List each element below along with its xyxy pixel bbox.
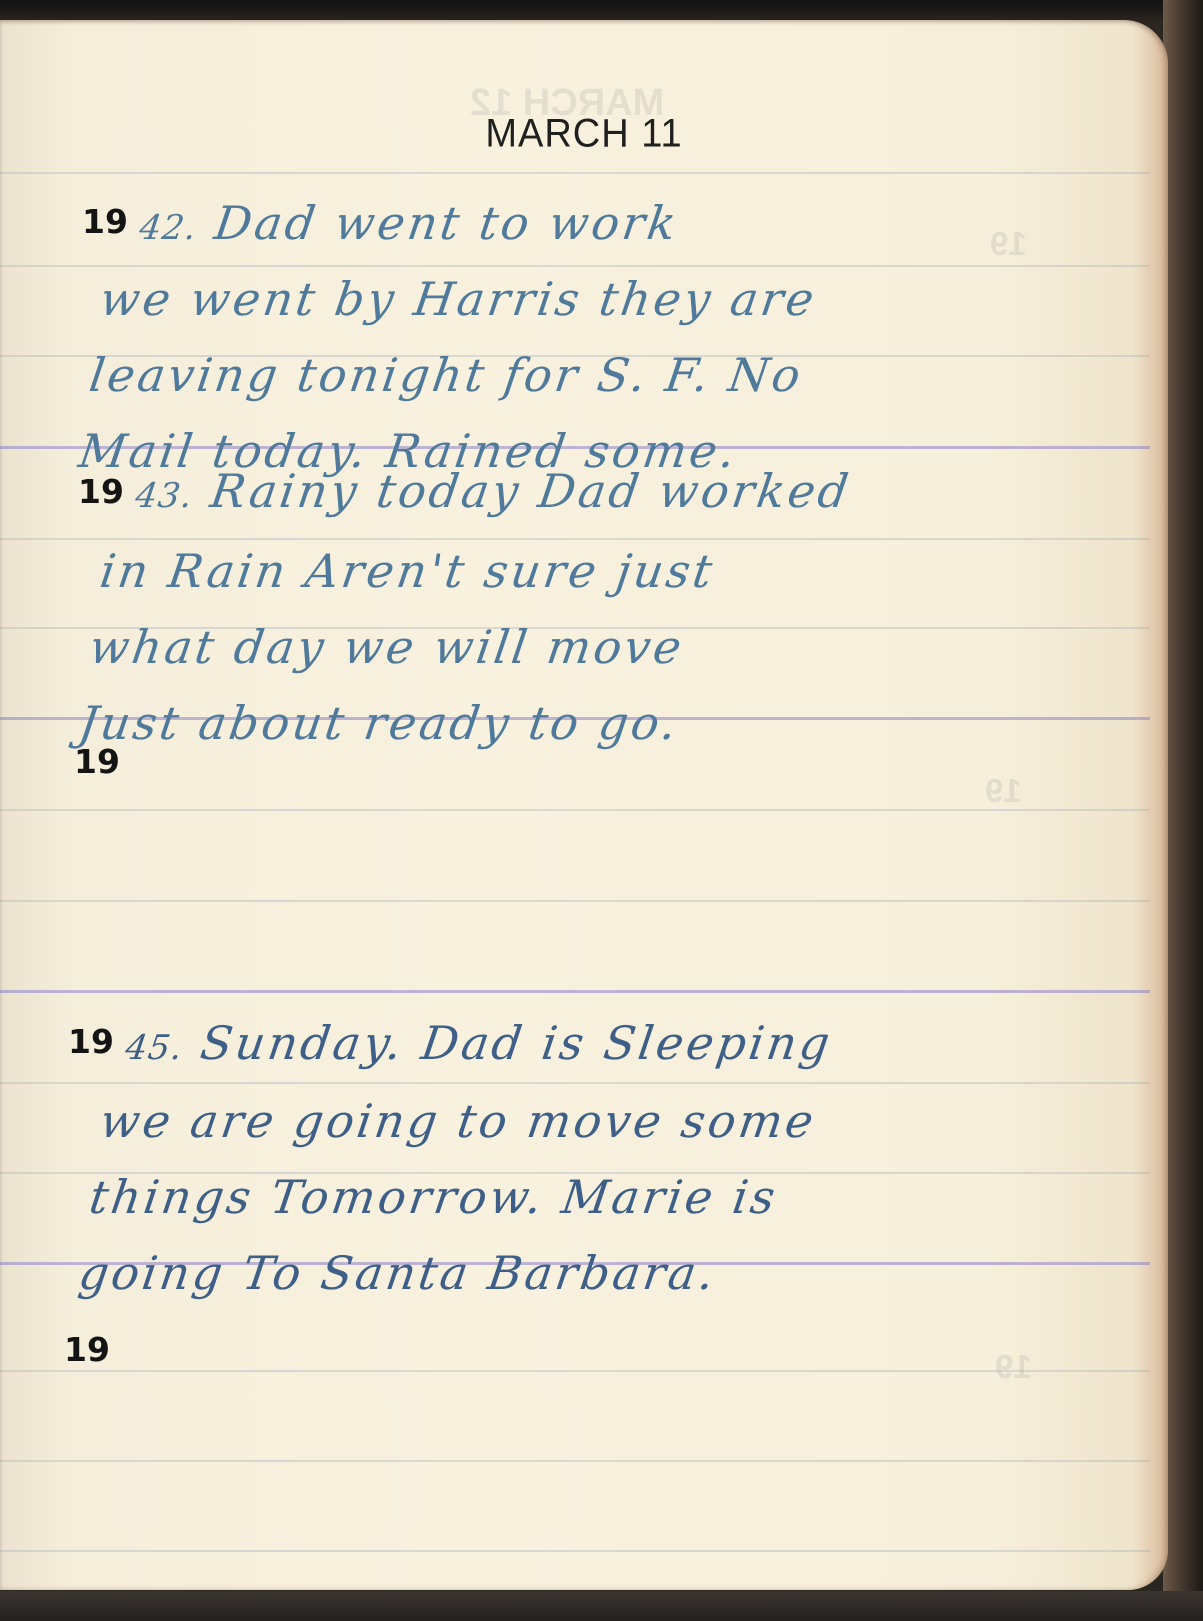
entry-line: going To Santa Barbara. (74, 1235, 800, 1311)
entry-text: 43. Rainy today Dad worked (130, 453, 856, 534)
year-prefix: 19 (78, 472, 124, 511)
diary-page: MARCH 12 19 19 19 MARCH 11 19 42. Dad we… (0, 20, 1168, 1590)
book-cover-top-edge (0, 0, 1203, 22)
year-prefix: 19 (68, 1022, 114, 1061)
book-cover-bottom-edge (0, 1591, 1203, 1621)
entry-text: in Rain Aren't sure just what day we wil… (74, 533, 720, 761)
entry-line: we are going to move some (95, 1083, 821, 1159)
year-prefix: 19 (82, 202, 128, 241)
entry-line: things Tomorrow. Marie is (85, 1159, 811, 1235)
entry-text: 45. Sunday. Dad is Sleeping (120, 1005, 837, 1086)
entry-line: Just about ready to go. (74, 685, 699, 761)
entry-line: what day we will move (85, 609, 710, 685)
rule-line (0, 172, 1150, 174)
bleed-through-year: 19 (990, 225, 1027, 263)
rule-line (0, 1550, 1150, 1552)
entry-line: 42. Dad went to work (134, 185, 684, 266)
page-date-title: MARCH 11 (0, 112, 1168, 157)
year-suffix: 42. (137, 208, 200, 248)
year-suffix: 43. (133, 476, 196, 516)
rule-line (0, 1460, 1150, 1462)
year-prefix: 19 (64, 1330, 110, 1369)
entry-line: in Rain Aren't sure just (95, 533, 720, 609)
entry-text: 42. Dad went to work (134, 185, 684, 266)
year-suffix: 45. (123, 1028, 186, 1068)
year-prefix: 19 (74, 742, 120, 781)
bleed-through-year: 19 (985, 772, 1022, 810)
entry-line: leaving tonight for S. F. No (85, 337, 811, 413)
rule-line (0, 900, 1150, 902)
rule-line (0, 809, 1150, 811)
section-divider (0, 990, 1150, 993)
entry-line: 43. Rainy today Dad worked (130, 453, 856, 534)
rule-line (0, 1370, 1150, 1372)
entry-line: we went by Harris they are (95, 261, 821, 337)
book-cover-right-edge (1163, 0, 1203, 1621)
entry-text: we are going to move some things Tomorro… (74, 1083, 821, 1311)
entry-line: 45. Sunday. Dad is Sleeping (120, 1005, 837, 1086)
bleed-through-year: 19 (995, 1348, 1032, 1386)
